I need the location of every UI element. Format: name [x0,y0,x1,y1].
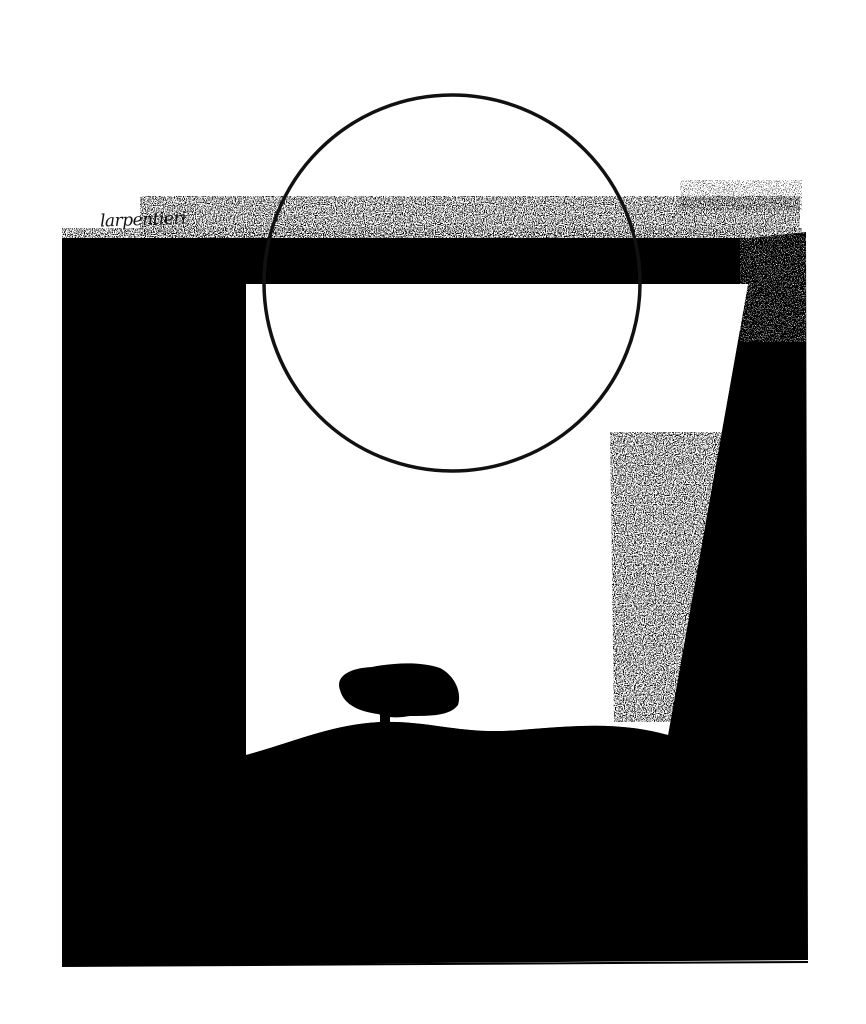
frame-texture [740,232,806,342]
artist-signature: larpentieri [100,209,187,232]
artwork-canvas [0,0,866,1024]
